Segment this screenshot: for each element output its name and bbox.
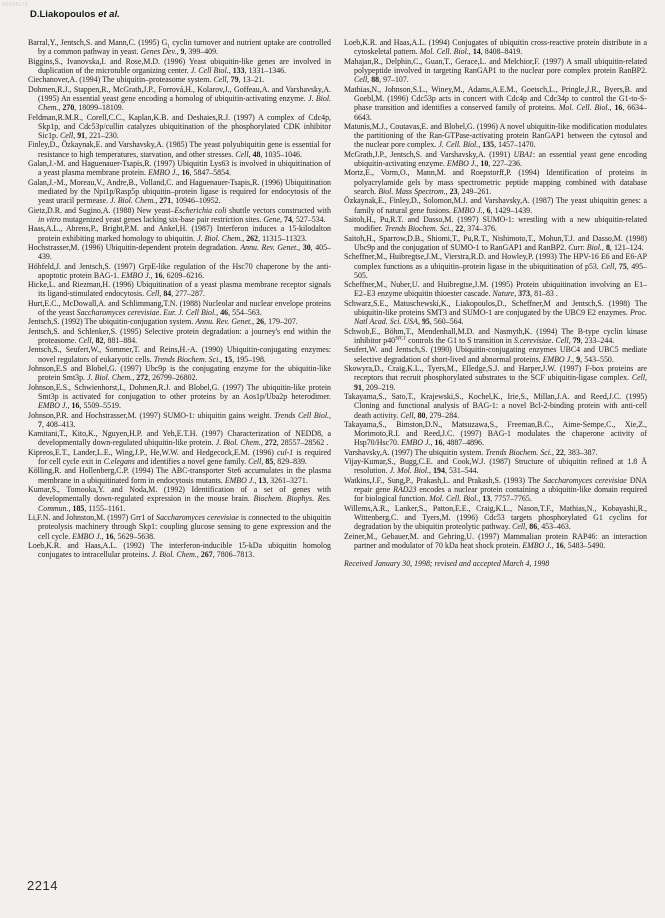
reference-entry: Jentsch,S. and Schlenker,S. (1995) Selec…: [28, 327, 331, 346]
reference-entry: Saitoh,H., Pu,R.T. and Dasso,M. (1997) S…: [344, 215, 647, 234]
reference-entry: Johnson,E.S and Blobel,G. (1997) Ubc9p i…: [28, 364, 331, 383]
reference-entry: Watkins,J.F., Sung,P., Prakash,L. and Pr…: [344, 476, 647, 504]
reference-entry: Galan,J.-M., Moreau,V., Andre,B., Vollan…: [28, 178, 331, 206]
reference-entry: Gietz,D.R. and Sugino,A. (1988) New yeas…: [28, 206, 331, 225]
reference-entry: Kamitani,T., Kito,K., Nguyen,H.P. and Ye…: [28, 429, 331, 448]
reference-entry: Kumar,S., Tomooka,Y. and Noda,M. (1992) …: [28, 485, 331, 513]
reference-entry: Feldman,R.M.R., Corell,C.C., Kaplan,K.B.…: [28, 113, 331, 141]
reference-entry: Kölling,R. and Hollenberg,C.P. (1994) Th…: [28, 466, 331, 485]
reference-entry: Biggins,S., Ivanovska,I. and Rose,M.D. (…: [28, 57, 331, 76]
reference-entry: Barral,Y., Jentsch,S. and Mann,C. (1995)…: [28, 38, 331, 57]
reference-entry: Mortz,E., Vorm,O., Mann,M. and Roepstorf…: [344, 168, 647, 196]
reference-entry: Mathias,N., Johnson,S.L., Winey,M., Adam…: [344, 85, 647, 122]
reference-entry: Varshavsky,A. (1997) The ubiquitin syste…: [344, 448, 647, 457]
references-column-right: Loeb,K.R. and Haas,A.L. (1994) Conjugate…: [344, 38, 647, 569]
reference-entry: Seufert,W. and Jentsch,S. (1990) Ubiquit…: [344, 345, 647, 364]
reference-entry: Dohmen,R.J., Stappen,R., McGrath,J.P., F…: [28, 85, 331, 113]
running-head-author: D.Liakopoulos: [30, 9, 98, 20]
reference-entry: Kipreos,E.T., Lander,L.E., Wing,J.P., He…: [28, 448, 331, 467]
reference-entry: Zeiner,M., Gebauer,M. and Gehring,U. (19…: [344, 532, 647, 551]
paper-page: 00004175 D.Liakopoulos et al. Barral,Y.,…: [0, 0, 665, 918]
reference-entry: Matunis,M.J., Coutavas,E. and Blobel,G. …: [344, 122, 647, 150]
reference-entry: Finley,D., Özkaynak,E. and Varshavsky,A.…: [28, 140, 331, 159]
reference-entry: Loeb,K.R. and Haas,A.L. (1994) Conjugate…: [344, 38, 647, 57]
reference-entry: Takayama,S., Bimston,D.N., Matsuzawa,S.,…: [344, 420, 647, 448]
received-dates-line: Received January 30, 1998; revised and a…: [344, 559, 647, 568]
reference-entry: Mahajan,R., Delphin,C., Guan,T., Gerace,…: [344, 57, 647, 85]
reference-entry: Schwarz,S.E., Matuschewski,K., Liakopoul…: [344, 299, 647, 327]
reference-entry: McGrath,J.P., Jentsch,S. and Varshavsky,…: [344, 150, 647, 169]
reference-entry: Jentsch,S. (1992) The ubiquitin-conjugat…: [28, 317, 331, 326]
page-number: 2214: [27, 878, 58, 893]
reference-entry: Schwob,E., Böhm,T., Mendenhall,M.D. and …: [344, 327, 647, 346]
reference-entry: Ciechanover,A. (1994) The ubiquitin–prot…: [28, 75, 331, 84]
reference-entry: Loeb,K.R. and Haas,A.L. (1992) The inter…: [28, 541, 331, 560]
reference-entry: Saitoh,H., Sparrow,D.B., Shiomi,T., Pu,R…: [344, 234, 647, 253]
reference-entry: Willems,A.R., Lanker,S., Patton,E.E., Cr…: [344, 504, 647, 532]
reference-entry: Hurt,E.C., McDowall,A. and Schlimmang,T.…: [28, 299, 331, 318]
reference-entry: Skowyra,D., Craig,K.L., Tyers,M., Elledg…: [344, 364, 647, 392]
reference-entry: Johnson,E.S., Schwienhorst,I., Dohmen,R.…: [28, 383, 331, 411]
running-head-etal: et al.: [98, 9, 120, 20]
reference-entry: Galan,J.-M. and Haguenauer-Tsapis,R. (19…: [28, 159, 331, 178]
reference-entry: Scheffner,M., Nuber,U. and Huibregtse,J.…: [344, 280, 647, 299]
references-column-left: Barral,Y., Jentsch,S. and Mann,C. (1995)…: [28, 38, 331, 569]
references-section: Barral,Y., Jentsch,S. and Mann,C. (1995)…: [28, 38, 648, 569]
reference-entry: Scheffner,M., Huibregtse,J.M., Vierstra,…: [344, 252, 647, 280]
reference-entry: Li,F.N. and Johnston,M. (1997) Grr1 of S…: [28, 513, 331, 541]
reference-entry: Hochstrasser,M. (1996) Ubiquitin-depende…: [28, 243, 331, 262]
reference-entry: Takayama,S., Sato,T., Krajewski,S., Koch…: [344, 392, 647, 420]
reference-entry: Özkaynak,E., Finley,D., Solomon,M.J. and…: [344, 196, 647, 215]
scan-corner-mark: 00004175: [2, 2, 28, 8]
reference-entry: Haas,A.L., Ahrens,P., Bright,P.M. and An…: [28, 224, 331, 243]
reference-entry: Vijay-Kumar,S., Bugg,C.E. and Cook,W.J. …: [344, 457, 647, 476]
reference-entry: Jentsch,S., Seufert,W., Sommer,T. and Re…: [28, 345, 331, 364]
running-head: D.Liakopoulos et al.: [30, 9, 120, 20]
reference-entry: Hicke,L. and Riezman,H. (1996) Ubiquitin…: [28, 280, 331, 299]
reference-entry: Höhfeld,J. and Jentsch,S. (1997) GrpE-li…: [28, 262, 331, 281]
reference-entry: Johnson,P.R. and Hochstrasser,M. (1997) …: [28, 411, 331, 430]
